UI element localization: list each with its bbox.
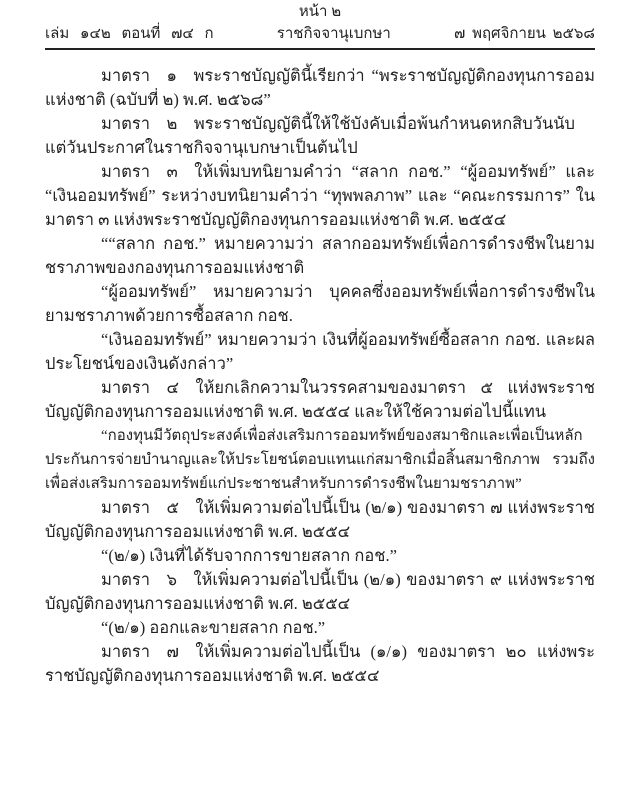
paragraph-section-4: มาตรา ๔ ให้ยกเลิก​ความใน​วรรคสาม​ของมาตร… <box>45 376 595 424</box>
paragraph-section-3: มาตรา ๓ ให้เพิ่มบทนิยามคำว่า “สลาก กอช.”… <box>45 160 595 232</box>
gazette-masthead: เล่ม ๑๔๒ ตอนที่ ๗๔ ก ราชกิจจานุเบกษา ๗ พ… <box>45 24 595 45</box>
paragraph-section-1: มาตรา ๑ พระราชบัญญัตินี้เรียกว่า “พระราช… <box>45 64 595 112</box>
document-body: มาตรา ๑ พระราชบัญญัตินี้เรียกว่า “พระราช… <box>45 64 595 688</box>
paragraph-section-6: มาตรา ๖ ให้เพิ่มความ​ต่อไปนี้​เป็น (๒/๑)… <box>45 568 595 616</box>
header-rule <box>45 48 595 50</box>
inserted-clause-2-1-section-7: “(๒/๑) เงินที่ได้รับ​จากการ​ขายสลาก กอช.… <box>45 544 595 568</box>
quoted-fund-objective: “กองทุน​มีวัตถุประสงค์​เพื่อส่งเสริม​การ… <box>45 424 595 496</box>
definition-salak-gorchor: ““สลาก กอช.” หมายความว่า สลากออมทรัพย์​เ… <box>45 232 595 280</box>
definition-ngern-om-sap: “เงินออมทรัพย์” หมายความว่า เงินที่​ผู้อ… <box>45 328 595 376</box>
issue-date-label: ๗ พฤศจิกายน ๒๕๖๘ <box>454 24 595 45</box>
volume-part-label: เล่ม ๑๔๒ ตอนที่ ๗๔ ก <box>45 24 214 45</box>
inserted-clause-2-1-section-9: “(๒/๑) ออกและ​ขายสลาก กอช.” <box>45 616 595 640</box>
definition-phu-om-sap: “ผู้ออมทรัพย์” หมายความว่า บุคคล​ซึ่งออม… <box>45 280 595 328</box>
gazette-title: ราชกิจจานุเบกษา <box>214 24 454 45</box>
page-number-label: หน้า ๒ <box>45 2 595 22</box>
gazette-page: หน้า ๒ เล่ม ๑๔๒ ตอนที่ ๗๔ ก ราชกิจจานุเบ… <box>0 0 640 785</box>
paragraph-section-7: มาตรา ๗ ให้เพิ่มความ​ต่อไปนี้​เป็น (๑/๑)… <box>45 640 595 688</box>
paragraph-section-5: มาตรา ๕ ให้เพิ่มความ​ต่อไปนี้​เป็น (๒/๑)… <box>45 496 595 544</box>
paragraph-section-2: มาตรา ๒ พระราชบัญญัตินี้​ให้ใช้บังคับ​เม… <box>45 112 595 160</box>
